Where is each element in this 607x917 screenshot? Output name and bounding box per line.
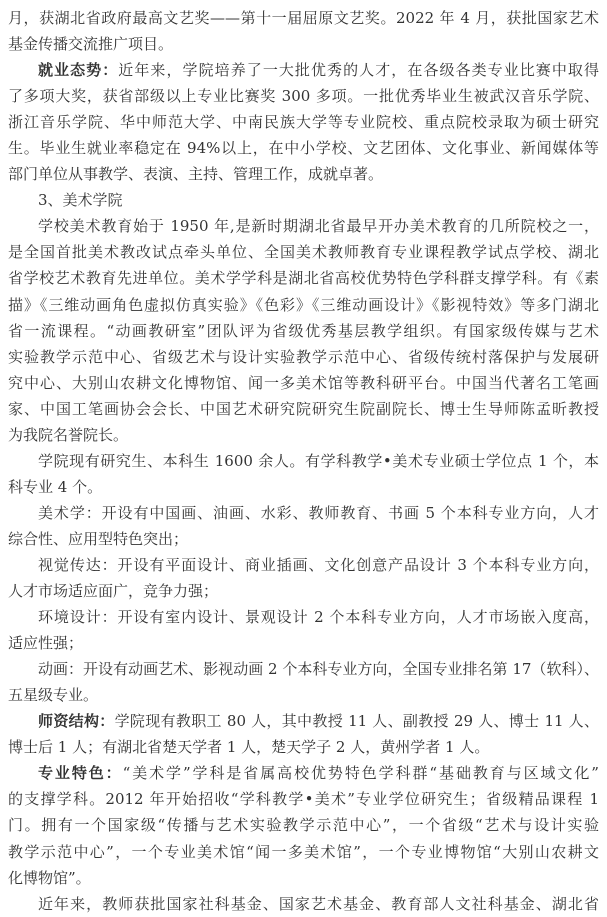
line-text: 部门单位从事教学、表演、主持、管理工作，成就卓著。 bbox=[8, 165, 383, 183]
text-line: 学校美术教育始于 1950 年,是新时期湖北省最早开办美术教育的几所院校之一， bbox=[8, 213, 599, 239]
text-line: 教学示范中心”，一个专业美术馆“闻一多美术馆”，一个专业博物馆“大别山农耕文 bbox=[8, 839, 599, 865]
line-text: 3、美术学院 bbox=[38, 191, 123, 209]
text-line: 省一流课程。“动画教研室”团队评为省级优秀基层教学组织。有国家级传媒与艺术 bbox=[8, 318, 599, 344]
line-text: 美术学：开设有中国画、油画、水彩、教师教育、书画 5 个本科专业方向，人才 bbox=[38, 504, 599, 522]
text-line: 适应性强； bbox=[8, 630, 599, 656]
line-text: 实验教学示范中心、省级艺术与设计实验教学示范中心、省级传统村落保护与发展研 bbox=[8, 348, 599, 366]
line-text: 究中心、大别山农耕文化博物馆、闻一多美术馆等教科研平台。中国当代著名工笔画 bbox=[8, 374, 599, 392]
text-line: 的支撑学科。2012 年开始招收“学科教学•美术”专业学位研究生；省级精品课程 … bbox=[8, 786, 599, 812]
line-text: 的支撑学科。2012 年开始招收“学科教学•美术”专业学位研究生；省级精品课程 … bbox=[8, 790, 599, 808]
text-line: 了多项大奖，获省部级以上专业比赛奖 300 多项。一批优秀毕业生被武汉音乐学院、 bbox=[8, 83, 599, 109]
line-text: 学院现有研究生、本科生 1600 余人。有学科教学•美术专业硕士学位点 1 个，… bbox=[38, 452, 599, 470]
text-line: 动画：开设有动画艺术、影视动画 2 个本科专业方向，全国专业排名第 17（软科）… bbox=[8, 656, 599, 682]
line-text: 月，获湖北省政府最高文艺奖——第十一届屈原文艺奖。2022 年 4 月，获批国家… bbox=[8, 9, 599, 27]
line-text: “美术学”学科是省属高校优势特色学科群“基础教育与区域文化” bbox=[123, 764, 599, 782]
line-bold-label: 就业态势： bbox=[38, 61, 118, 79]
text-line: 究中心、大别山农耕文化博物馆、闻一多美术馆等教科研平台。中国当代著名工笔画 bbox=[8, 370, 599, 396]
line-text: 浙江音乐学院、华中师范大学、中南民族大学等专业院校、重点院校录取为硕士研究 bbox=[8, 113, 599, 131]
text-line: 美术学：开设有中国画、油画、水彩、教师教育、书画 5 个本科专业方向，人才 bbox=[8, 500, 599, 526]
text-line: 是全国首批美术教改试点牵头单位、全国美术教师教育专业课程教学试点学校、湖北 bbox=[8, 239, 599, 265]
line-text: 近年来，学院培养了一大批优秀的人才，在各级各类专业比赛中取得 bbox=[118, 61, 599, 79]
text-line: 视觉传达：开设有平面设计、商业插画、文化创意产品设计 3 个本科专业方向， bbox=[8, 552, 599, 578]
line-text: 人才市场适应面广，竞争力强； bbox=[8, 582, 218, 600]
text-line: 近年来，教师获批国家社科基金、国家艺术基金、教育部人文社科基金、湖北省 bbox=[8, 891, 599, 917]
line-text: 适应性强； bbox=[8, 634, 83, 652]
text-line: 描》《三维动画角色虚拟仿真实验》《色彩》《三维动画设计》《影视特效》等多门湖北 bbox=[8, 292, 599, 318]
text-line: 月，获湖北省政府最高文艺奖——第十一届屈原文艺奖。2022 年 4 月，获批国家… bbox=[8, 5, 599, 31]
text-line: 基金传播交流推广项目。 bbox=[8, 31, 599, 57]
line-text: 近年来，教师获批国家社科基金、国家艺术基金、教育部人文社科基金、湖北省 bbox=[38, 895, 599, 913]
text-line: 部门单位从事教学、表演、主持、管理工作，成就卓著。 bbox=[8, 161, 599, 187]
line-text: 了多项大奖，获省部级以上专业比赛奖 300 多项。一批优秀毕业生被武汉音乐学院、 bbox=[8, 87, 599, 105]
line-text: 五星级专业。 bbox=[8, 686, 98, 704]
line-text: 动画：开设有动画艺术、影视动画 2 个本科专业方向，全国专业排名第 17（软科）… bbox=[38, 660, 599, 678]
text-line: 为我院名誉院长。 bbox=[8, 422, 599, 448]
line-text: 是全国首批美术教改试点牵头单位、全国美术教师教育专业课程教学试点学校、湖北 bbox=[8, 243, 599, 261]
line-text: 为我院名誉院长。 bbox=[8, 426, 128, 444]
line-text: 综合性、应用型特色突出； bbox=[8, 530, 188, 548]
text-line: 门。拥有一个国家级“传播与艺术实验教学示范中心”，一个省级“艺术与设计实验 bbox=[8, 812, 599, 838]
line-text: 视觉传达：开设有平面设计、商业插画、文化创意产品设计 3 个本科专业方向， bbox=[38, 556, 599, 574]
line-bold-label: 专业特色： bbox=[38, 764, 123, 782]
text-line: 省学校艺术教育先进单位。美术学学科是湖北省高校优势特色学科群支撑学科。有《素 bbox=[8, 265, 599, 291]
text-line: 化博物馆”。 bbox=[8, 865, 599, 891]
text-line: 环境设计：开设有室内设计、景观设计 2 个本科专业方向，人才市场嵌入度高， bbox=[8, 604, 599, 630]
text-line: 生。毕业生就业率稳定在 94%以上，在中小学校、文艺团体、文化事业、新闻媒体等 bbox=[8, 135, 599, 161]
line-text: 化博物馆”。 bbox=[8, 869, 91, 887]
text-line: 博士后 1 人；有湖北省楚天学者 1 人，楚天学子 2 人，黄州学者 1 人。 bbox=[8, 734, 599, 760]
line-text: 学校美术教育始于 1950 年,是新时期湖北省最早开办美术教育的几所院校之一， bbox=[38, 217, 599, 235]
text-line: 师资结构：学院现有教职工 80 人，其中教授 11 人、副教授 29 人、博士 … bbox=[8, 708, 599, 734]
line-text: 家、中国工笔画协会会长、中国艺术研究院研究生院副院长、博士生导师陈孟昕教授 bbox=[8, 400, 599, 418]
text-line: 3、美术学院 bbox=[8, 187, 599, 213]
line-text: 描》《三维动画角色虚拟仿真实验》《色彩》《三维动画设计》《影视特效》等多门湖北 bbox=[8, 296, 599, 314]
line-text: 科专业 4 个。 bbox=[8, 478, 102, 496]
text-line: 人才市场适应面广，竞争力强； bbox=[8, 578, 599, 604]
line-text: 博士后 1 人；有湖北省楚天学者 1 人，楚天学子 2 人，黄州学者 1 人。 bbox=[8, 738, 489, 756]
text-line: 就业态势：近年来，学院培养了一大批优秀的人才，在各级各类专业比赛中取得 bbox=[8, 57, 599, 83]
line-text: 教学示范中心”，一个专业美术馆“闻一多美术馆”，一个专业博物馆“大别山农耕文 bbox=[8, 843, 599, 861]
text-line: 学院现有研究生、本科生 1600 余人。有学科教学•美术专业硕士学位点 1 个，… bbox=[8, 448, 599, 474]
line-text: 省一流课程。“动画教研室”团队评为省级优秀基层教学组织。有国家级传媒与艺术 bbox=[8, 322, 599, 340]
line-text: 门。拥有一个国家级“传播与艺术实验教学示范中心”，一个省级“艺术与设计实验 bbox=[8, 816, 599, 834]
line-text: 省学校艺术教育先进单位。美术学学科是湖北省高校优势特色学科群支撑学科。有《素 bbox=[8, 269, 599, 287]
line-text: 基金传播交流推广项目。 bbox=[8, 35, 173, 53]
text-line: 浙江音乐学院、华中师范大学、中南民族大学等专业院校、重点院校录取为硕士研究 bbox=[8, 109, 599, 135]
text-line: 实验教学示范中心、省级艺术与设计实验教学示范中心、省级传统村落保护与发展研 bbox=[8, 344, 599, 370]
text-line: 科专业 4 个。 bbox=[8, 474, 599, 500]
line-text: 生。毕业生就业率稳定在 94%以上，在中小学校、文艺团体、文化事业、新闻媒体等 bbox=[8, 139, 599, 157]
text-line: 专业特色：“美术学”学科是省属高校优势特色学科群“基础教育与区域文化” bbox=[8, 760, 599, 786]
text-line: 五星级专业。 bbox=[8, 682, 599, 708]
text-line: 家、中国工笔画协会会长、中国艺术研究院研究生院副院长、博士生导师陈孟昕教授 bbox=[8, 396, 599, 422]
text-line: 综合性、应用型特色突出； bbox=[8, 526, 599, 552]
line-text: 环境设计：开设有室内设计、景观设计 2 个本科专业方向，人才市场嵌入度高， bbox=[38, 608, 599, 626]
document-lines: 月，获湖北省政府最高文艺奖——第十一届屈原文艺奖。2022 年 4 月，获批国家… bbox=[8, 5, 599, 917]
document-page: 月，获湖北省政府最高文艺奖——第十一届屈原文艺奖。2022 年 4 月，获批国家… bbox=[0, 0, 607, 917]
line-text: 学院现有教职工 80 人，其中教授 11 人、副教授 29 人、博士 11 人、 bbox=[115, 712, 599, 730]
line-bold-label: 师资结构： bbox=[38, 712, 115, 730]
